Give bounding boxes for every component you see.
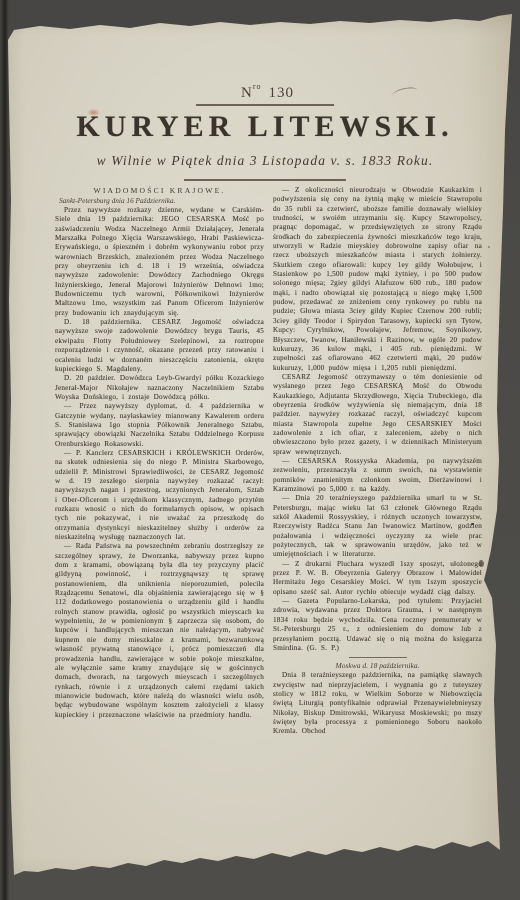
paragraph: D. 20 paździer. Dowódzca Leyb-Gwardyi pó… xyxy=(55,374,264,402)
paragraph: — Z okoliczności nieurodzaju w Obwodzie … xyxy=(273,186,482,373)
paragraph: D. 18 października. CESARZ Jegomość oświ… xyxy=(55,318,264,374)
masthead-dateline: w Wilnie w Piątek dnia 3 Listopada v. s.… xyxy=(45,153,485,169)
section-heading: WIADOMOŚCI KRAJOWE. xyxy=(55,186,264,195)
place-dateline: Sankt-Petersburg dnia 16 Października. xyxy=(55,196,264,205)
scanner-background: Nro130 KURYER LITEWSKI. w Wilnie w Piąte… xyxy=(0,0,520,900)
issue-number-value: 130 xyxy=(269,85,295,101)
section-divider-rule xyxy=(349,657,407,658)
paragraph: CESARZ Jegomość otrzymawszy o tém donies… xyxy=(273,373,482,457)
paragraph: — Z drukarni Pluchara wyszedł 1szy sposz… xyxy=(273,560,482,597)
masthead-rule-bottom xyxy=(184,179,346,181)
left-column: WIADOMOŚCI KRAJOWE. Sankt-Petersburg dni… xyxy=(55,186,264,737)
masthead-rule-top xyxy=(196,104,334,106)
book-gutter-shadow xyxy=(0,0,9,900)
paragraph: — CESARSKA Rossyyska Akademia, po naywyż… xyxy=(273,457,482,494)
paragraph: Przez naywyższe rozkazy dzienne, wydane … xyxy=(55,206,264,318)
newspaper-title: KURYER LITEWSKI. xyxy=(30,110,500,144)
article-columns: WIADOMOŚCI KRAJOWE. Sankt-Petersburg dni… xyxy=(55,186,482,737)
paragraph: — P. Kanclerz CESARSKICH i KRÓLEWSKICH O… xyxy=(55,449,264,542)
issue-superscript: ro xyxy=(253,82,262,91)
issue-prefix: N xyxy=(241,85,253,101)
paragraph: — Gazeta Popularno-Lekarska, pod tytułem… xyxy=(273,597,482,653)
paragraph: — Rada Państwa na powszechném zebraniu d… xyxy=(55,542,264,720)
paper-speck xyxy=(479,560,484,567)
newspaper-page: Nro130 KURYER LITEWSKI. w Wilnie w Piąte… xyxy=(0,0,520,900)
paragraph: Dnia 8 teraźnieyszego października, na p… xyxy=(273,671,482,736)
right-column: — Z okoliczności nieurodzaju w Obwodzie … xyxy=(273,186,482,737)
paragraph: — Dnia 20 teraźnieyszego października um… xyxy=(273,494,482,559)
paragraph: — Przez naywyższy dyplomat, d. 4 paździe… xyxy=(55,402,264,449)
moskwa-dateline-heading: Moskwa d. 18 października. xyxy=(273,661,482,670)
paper-speck xyxy=(488,246,490,248)
red-ink-stain xyxy=(87,109,100,116)
